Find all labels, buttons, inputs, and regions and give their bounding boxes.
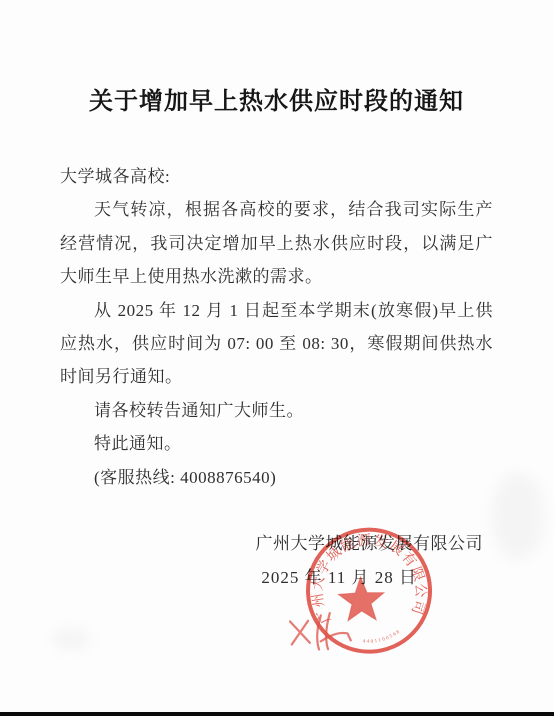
paragraph-weather-reason: 天气转凉，根据各高校的要求，结合我司实际生产经营情况，我司决定增加早上热水供应时… bbox=[60, 193, 493, 293]
signature-block: 广州大学城能源发展有限公司 2025 年 11 月 28 日 bbox=[60, 527, 493, 594]
scan-smudge bbox=[492, 472, 544, 560]
document-body: 天气转凉，根据各高校的要求，结合我司实际生产经营情况，我司决定增加早上热水供应时… bbox=[60, 193, 493, 494]
page-bottom-edge bbox=[0, 712, 554, 716]
company-name: 广州大学城能源发展有限公司 bbox=[60, 527, 493, 560]
salutation: 大学城各高校: bbox=[60, 160, 493, 193]
paragraph-relay-request: 请各校转告通知广大师生。 bbox=[60, 394, 493, 427]
paragraph-hereby-notice: 特此通知。 bbox=[60, 427, 493, 460]
paragraph-schedule: 从 2025 年 12 月 1 日起至本学期末(放寒假)早上供应热水，供应时间为… bbox=[60, 294, 493, 394]
signature-date: 2025 年 11 月 28 日 bbox=[60, 561, 493, 594]
document-title: 关于增加早上热水供应时段的通知 bbox=[60, 84, 493, 120]
notice-document: 关于增加早上热水供应时段的通知 大学城各高校: 天气转凉，根据各高校的要求，结合… bbox=[0, 0, 554, 716]
scan-smudge bbox=[52, 628, 90, 650]
paragraph-hotline: (客服热线: 4008876540) bbox=[60, 461, 493, 494]
